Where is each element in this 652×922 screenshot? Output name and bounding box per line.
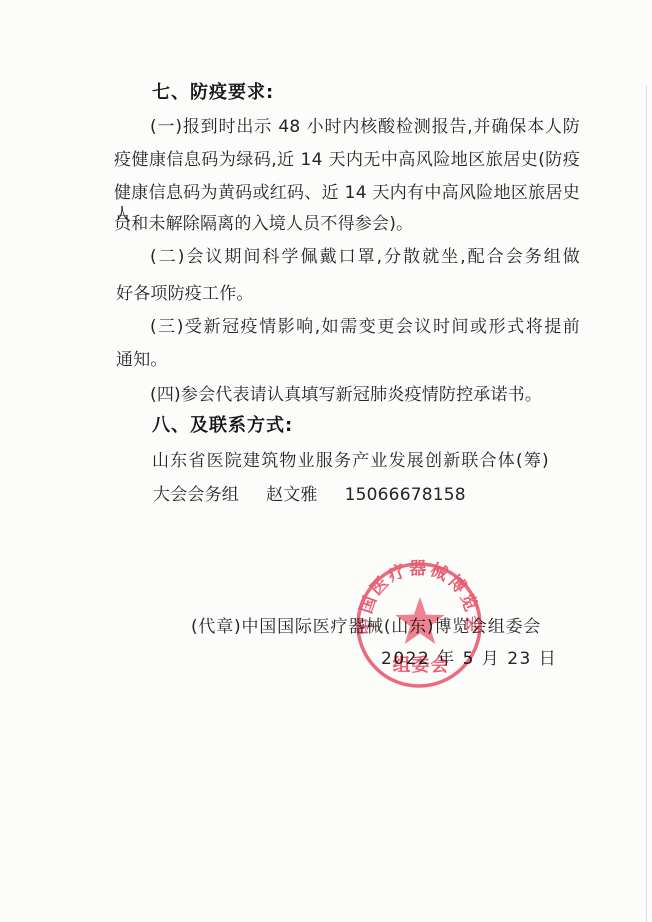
section-7-item-1-line-4: 员和未解除隔离的入境人员不得参会)。 bbox=[114, 213, 413, 235]
contact-line: 大会会务组 赵文雅 15066678158 bbox=[153, 484, 493, 506]
section-7-item-2-line-1: (二)会议期间科学佩戴口罩,分散就坐,配合会务组做 bbox=[150, 246, 580, 268]
section-8-heading: 八、及联系方式: bbox=[152, 415, 293, 437]
section-7-heading: 七、防疫要求: bbox=[152, 82, 274, 104]
document-page: 七、防疫要求: (一)报到时出示 48 小时内核酸检测报告,并确保本人防 疫健康… bbox=[0, 0, 652, 922]
section-7-item-1-line-2: 疫健康信息码为绿码,近 14 天内无中高风险地区旅居史(防疫 bbox=[114, 149, 580, 171]
section-7-item-1-line-1: (一)报到时出示 48 小时内核酸检测报告,并确保本人防 bbox=[150, 116, 580, 138]
contact-phone: 15066678158 bbox=[345, 484, 466, 506]
contact-group: 大会会务组 bbox=[153, 484, 239, 506]
seal-bottom-text: 组委会 bbox=[393, 654, 450, 676]
organization-line: 山东省医院建筑物业服务产业发展创新联合体(筹) bbox=[152, 450, 550, 472]
section-7-item-3-line-2: 通知。 bbox=[116, 349, 168, 371]
official-seal: 中国医疗器械博览会 组委会 bbox=[351, 557, 491, 697]
section-7-item-2-line-2: 好各项防疫工作。 bbox=[116, 283, 254, 305]
contact-person-name: 赵文雅 bbox=[266, 484, 318, 506]
scan-edge-line bbox=[646, 85, 647, 922]
star-icon bbox=[395, 597, 444, 644]
section-7-item-4-line-1: (四)参会代表请认真填写新冠肺炎疫情防控承诺书。 bbox=[150, 384, 542, 406]
section-7-item-1-line-3: 健康信息码为黄码或红码、近 14 天内有中高风险地区旅居史人 bbox=[114, 182, 580, 204]
section-7-item-3-line-1: (三)受新冠疫情影响,如需变更会议时间或形式将提前 bbox=[150, 316, 580, 338]
